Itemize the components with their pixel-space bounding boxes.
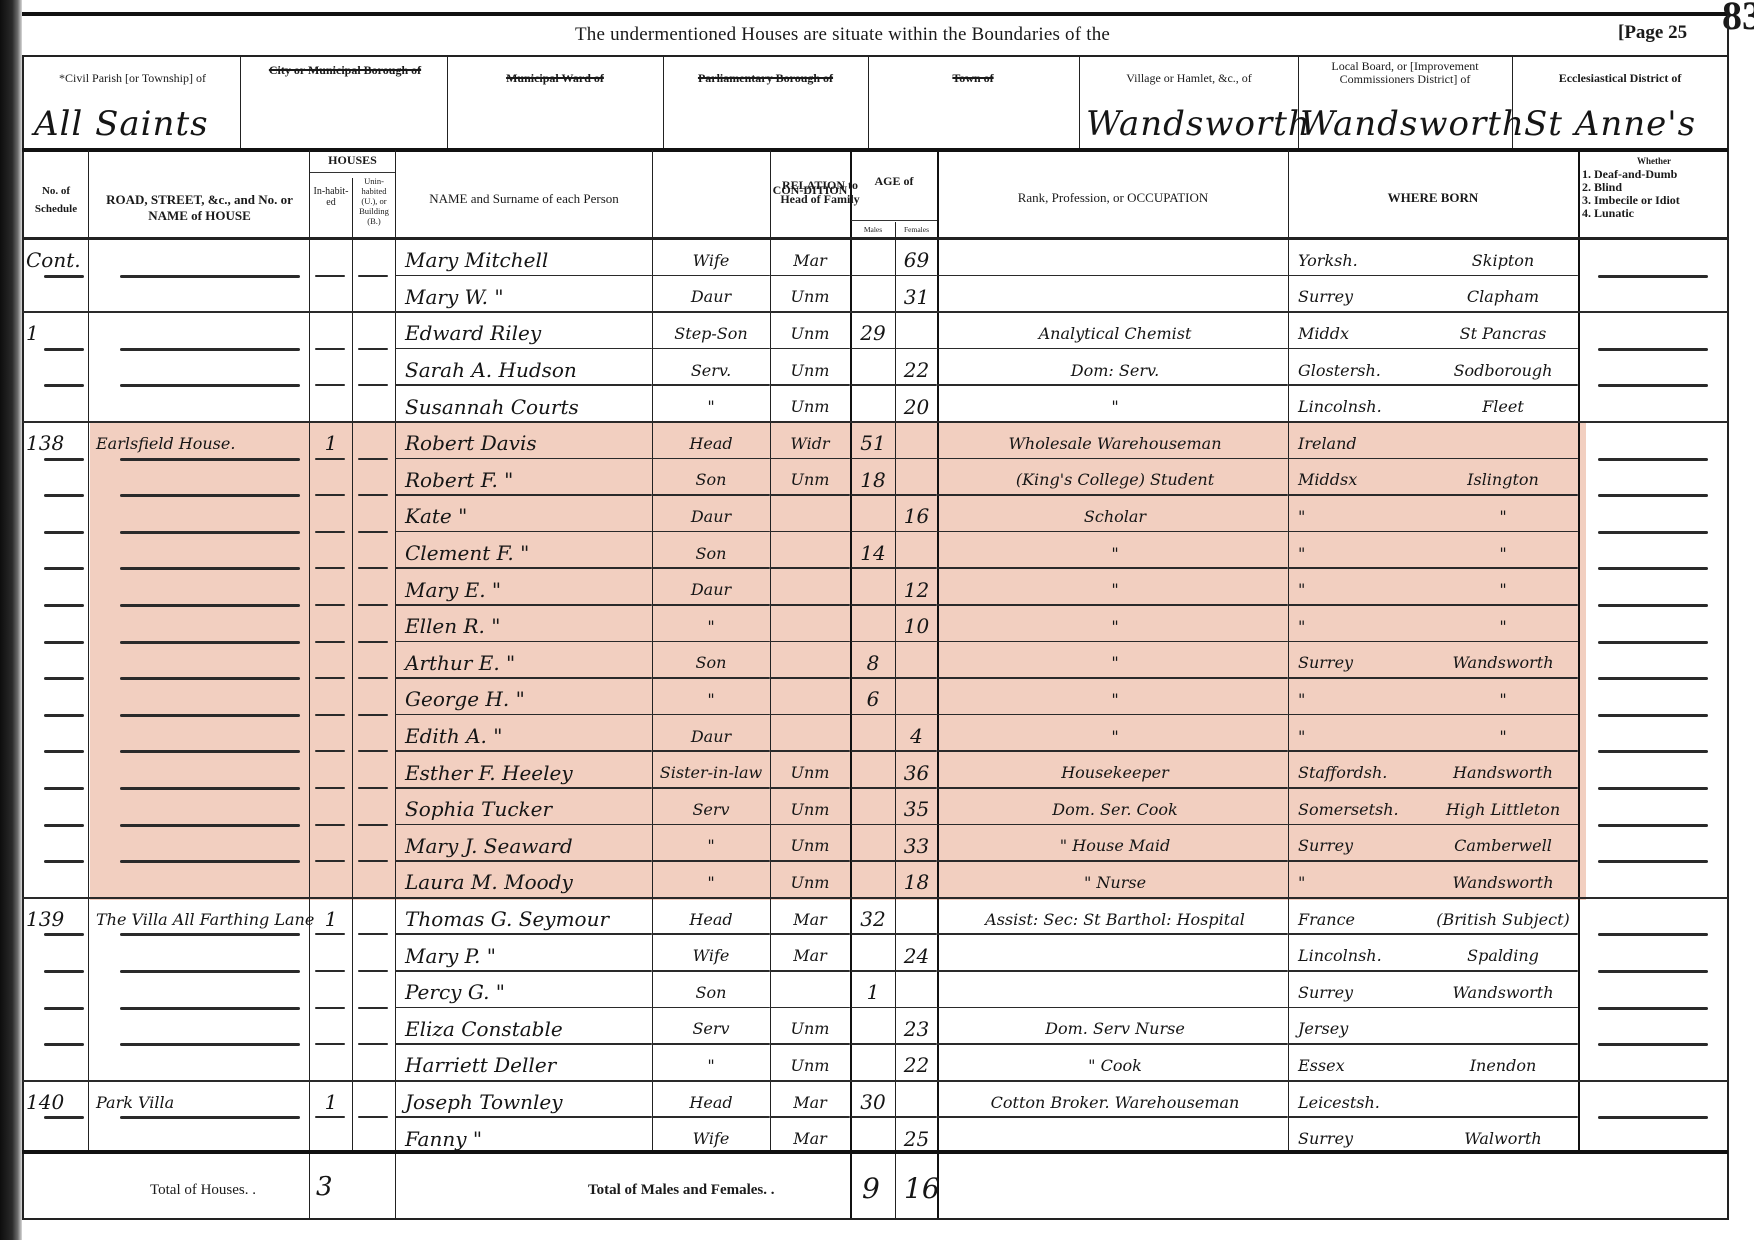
inhabited-count (312, 574, 350, 605)
relation-to-head: Son (652, 648, 770, 679)
total-houses-label: Total of Houses. . (150, 1182, 256, 1199)
house-address (96, 391, 306, 422)
row-rule (358, 824, 388, 826)
district-divider (240, 55, 241, 150)
female-age (896, 428, 937, 459)
heading-rule (22, 55, 1728, 57)
occupation (945, 977, 1285, 1008)
marital-condition: Unm (770, 1050, 850, 1081)
col-header-road: ROAD, STREET, &c., and No. or NAME of HO… (92, 192, 307, 224)
inhabited-count (312, 318, 350, 349)
top-rule (22, 12, 1728, 16)
male-age (851, 574, 895, 605)
schedule-number (26, 501, 86, 532)
house-address (96, 940, 306, 971)
house-address (96, 794, 306, 825)
relation-to-head: Son (652, 465, 770, 496)
schedule-number: 140 (26, 1087, 86, 1118)
person-name: Mary J. Seaward (405, 831, 650, 862)
inhabited-count (312, 1050, 350, 1081)
marital-condition: Mar (770, 940, 850, 971)
row-rule (1598, 494, 1708, 497)
relation-to-head: Son (652, 538, 770, 569)
birth-county: Lincolnsh. (1298, 940, 1428, 971)
male-age: 51 (851, 428, 895, 459)
person-name: Edith A. " (405, 721, 650, 752)
schedule-number: 139 (26, 904, 86, 935)
person-name: Mary Mitchell (405, 245, 650, 276)
male-age (851, 794, 895, 825)
male-age: 8 (851, 648, 895, 679)
birth-county: Ireland (1298, 428, 1428, 459)
marital-condition: Widr (770, 428, 850, 459)
col-header-females: Females (896, 224, 937, 236)
relation-to-head: Serv. (652, 355, 770, 386)
scan-edge (0, 0, 22, 1240)
female-age: 10 (896, 611, 937, 642)
inhabited-count (312, 867, 350, 898)
inhabited-count (312, 501, 350, 532)
male-age: 30 (851, 1087, 895, 1118)
birth-county: Jersey (1298, 1014, 1428, 1045)
male-age (851, 501, 895, 532)
female-age: 24 (896, 940, 937, 971)
houses-subrule (310, 172, 395, 173)
district-ecclesiastical-value: St Anne's (1524, 104, 1696, 144)
occupation: Cotton Broker. Warehouseman (945, 1087, 1285, 1118)
relation-to-head: Daur (652, 501, 770, 532)
col-divider (1578, 150, 1580, 1150)
birth-county: Lincolnsh. (1298, 391, 1428, 422)
col-header-houses: HOUSES (310, 154, 395, 166)
inhabited-count (312, 721, 350, 752)
birth-place: Wandsworth (1430, 977, 1576, 1008)
district-parliamentary-borough-label: Parliamentary Borough of (668, 72, 863, 85)
occupation (945, 282, 1285, 313)
relation-to-head: Daur (652, 721, 770, 752)
house-address (96, 831, 306, 862)
district-divider (1079, 55, 1080, 150)
row-rule (1598, 1116, 1708, 1119)
female-age: 12 (896, 574, 937, 605)
marital-condition: Unm (770, 465, 850, 496)
relation-to-head: Head (652, 1087, 770, 1118)
female-age: 23 (896, 1014, 937, 1045)
marital-condition (770, 574, 850, 605)
schedule-number (26, 648, 86, 679)
birth-county: Middsx (1298, 465, 1428, 496)
house-address (96, 611, 306, 642)
marital-condition (770, 611, 850, 642)
female-age: 16 (896, 501, 937, 532)
row-rule (358, 494, 388, 496)
house-address (96, 757, 306, 788)
inhabited-count (312, 355, 350, 386)
male-age: 1 (851, 977, 895, 1008)
female-age (896, 684, 937, 715)
occupation: " (945, 611, 1285, 642)
occupation: " (945, 684, 1285, 715)
row-rule (358, 787, 388, 789)
male-age (851, 355, 895, 386)
col-header-occupation: Rank, Profession, or OCCUPATION (940, 192, 1286, 204)
marital-condition: Mar (770, 904, 850, 935)
schedule-number: Cont. (26, 245, 86, 276)
relation-to-head: " (652, 391, 770, 422)
house-address (96, 282, 306, 313)
row-rule (1598, 458, 1708, 461)
relation-to-head: Head (652, 904, 770, 935)
female-age: 20 (896, 391, 937, 422)
female-age: 22 (896, 355, 937, 386)
col-header-where-born: WHERE BORN (1290, 192, 1576, 204)
col-divider (88, 150, 89, 1150)
header-bottom-rule (22, 237, 1728, 240)
person-name: Sarah A. Hudson (405, 355, 650, 386)
relation-to-head: " (652, 1050, 770, 1081)
row-rule (1598, 860, 1708, 863)
col-header-infirmity: Whether 1. Deaf-and-Dumb 2. Blind 3. Imb… (1582, 155, 1726, 220)
occupation: " House Maid (945, 831, 1285, 862)
birth-place: Wandsworth (1430, 648, 1576, 679)
schedule-number (26, 977, 86, 1008)
birth-place: Camberwell (1430, 831, 1576, 862)
male-age (851, 1050, 895, 1081)
col-header-inhabited: In-habit-ed (310, 186, 352, 208)
birth-county: " (1298, 501, 1428, 532)
schedule-number (26, 391, 86, 422)
occupation: Wholesale Warehouseman (945, 428, 1285, 459)
male-age: 14 (851, 538, 895, 569)
row-rule (358, 933, 388, 935)
schedule-number: 138 (26, 428, 86, 459)
person-name: Arthur E. " (405, 648, 650, 679)
birth-county: Surrey (1298, 831, 1428, 862)
male-age (851, 940, 895, 971)
row-rule (358, 275, 388, 277)
occupation: Housekeeper (945, 757, 1285, 788)
left-border (22, 55, 24, 1220)
person-name: Sophia Tucker (405, 794, 650, 825)
person-name: Edward Riley (405, 318, 650, 349)
occupation (945, 245, 1285, 276)
col-divider (352, 178, 353, 1150)
row-rule (358, 714, 388, 716)
right-border (1727, 15, 1729, 1220)
row-rule (1598, 641, 1708, 644)
row-rule (358, 1043, 388, 1045)
bottom-border (22, 1218, 1728, 1220)
marital-condition (770, 501, 850, 532)
female-age (896, 904, 937, 935)
male-age: 32 (851, 904, 895, 935)
person-name: Joseph Townley (405, 1087, 650, 1118)
female-age (896, 538, 937, 569)
total-persons-label: Total of Males and Females. . (588, 1182, 775, 1199)
schedule-number (26, 794, 86, 825)
person-name: Robert F. " (405, 465, 650, 496)
relation-to-head: Daur (652, 574, 770, 605)
male-age (851, 245, 895, 276)
row-rule (1598, 384, 1708, 387)
page-label: [Page 25 (1618, 22, 1687, 44)
inhabited-count (312, 1014, 350, 1045)
marital-condition: Unm (770, 282, 850, 313)
male-age (851, 1014, 895, 1045)
male-age: 6 (851, 684, 895, 715)
male-age (851, 831, 895, 862)
male-age: 29 (851, 318, 895, 349)
birth-place: Fleet (1430, 391, 1576, 422)
district-local-board-label: Local Board, or [Improvement Commissione… (1302, 60, 1508, 86)
row-rule (358, 970, 388, 972)
occupation: " (945, 574, 1285, 605)
male-age (851, 867, 895, 898)
row-rule (1598, 824, 1708, 827)
inhabited-count (312, 538, 350, 569)
house-address: The Villa All Farthing Lane (96, 904, 306, 935)
birth-place: Inendon (1430, 1050, 1576, 1081)
birth-place (1430, 1014, 1576, 1045)
row-rule (358, 677, 388, 679)
house-address (96, 538, 306, 569)
schedule-number (26, 721, 86, 752)
person-name: George H. " (405, 684, 650, 715)
district-divider (447, 55, 448, 150)
relation-to-head: " (652, 867, 770, 898)
person-name: Ellen R. " (405, 611, 650, 642)
occupation: (King's College) Student (945, 465, 1285, 496)
total-females-value: 16 (904, 1172, 940, 1205)
birth-county: Staffordsh. (1298, 757, 1428, 788)
birth-county: France (1298, 904, 1428, 935)
house-address (96, 245, 306, 276)
occupation: " (945, 648, 1285, 679)
birth-county: Middx (1298, 318, 1428, 349)
row-rule (358, 641, 388, 643)
col-header-name: NAME and Surname of each Person (398, 190, 650, 207)
schedule-number (26, 1050, 86, 1081)
person-name: Mary W. " (405, 282, 650, 313)
person-name: Susannah Courts (405, 391, 650, 422)
relation-to-head: Wife (652, 245, 770, 276)
inhabited-count: 1 (312, 428, 350, 459)
female-age (896, 977, 937, 1008)
birth-place: " (1430, 611, 1576, 642)
row-rule (1598, 1007, 1708, 1010)
house-address (96, 574, 306, 605)
house-address (96, 1050, 306, 1081)
birth-county: " (1298, 684, 1428, 715)
birth-place: Wandsworth (1430, 867, 1576, 898)
row-rule (358, 860, 388, 862)
relation-to-head: " (652, 611, 770, 642)
inhabited-count: 1 (312, 904, 350, 935)
marital-condition: Unm (770, 867, 850, 898)
schedule-number: 1 (26, 318, 86, 349)
female-age (896, 648, 937, 679)
inhabited-count (312, 794, 350, 825)
row-rule (358, 604, 388, 606)
row-rule (1598, 750, 1708, 753)
row-rule (1598, 604, 1708, 607)
house-address (96, 355, 306, 386)
female-age: 22 (896, 1050, 937, 1081)
birth-county: Essex (1298, 1050, 1428, 1081)
person-name: Clement F. " (405, 538, 650, 569)
person-name: Percy G. " (405, 977, 650, 1008)
house-address (96, 648, 306, 679)
col-divider (1288, 150, 1289, 1150)
inhabited-count (312, 831, 350, 862)
birth-place: High Littleton (1430, 794, 1576, 825)
page-heading: The undermentioned Houses are situate wi… (575, 24, 1110, 46)
district-town-label: Town of (873, 72, 1073, 85)
row-rule (358, 1007, 388, 1009)
person-name: Thomas G. Seymour (405, 904, 650, 935)
inhabited-count (312, 282, 350, 313)
row-rule (1598, 933, 1708, 936)
female-age: 18 (896, 867, 937, 898)
schedule-number (26, 757, 86, 788)
birth-place: Clapham (1430, 282, 1576, 313)
birth-county: " (1298, 867, 1428, 898)
inhabited-count (312, 648, 350, 679)
age-subrule (851, 220, 937, 221)
district-municipal-borough-label: City or Municipal Borough of (255, 64, 435, 77)
birth-place: " (1430, 538, 1576, 569)
birth-place (1430, 1087, 1576, 1118)
birth-place: " (1430, 684, 1576, 715)
birth-place (1430, 428, 1576, 459)
col-header-uninhabited: Unin-habited (U.), or Building (B.) (353, 176, 395, 226)
birth-place: Spalding (1430, 940, 1576, 971)
house-address (96, 318, 306, 349)
birth-county: " (1298, 538, 1428, 569)
occupation: Dom. Serv Nurse (945, 1014, 1285, 1045)
relation-to-head: Serv (652, 1014, 770, 1045)
person-name: Laura M. Moody (405, 867, 650, 898)
birth-county: Leicestsh. (1298, 1087, 1428, 1118)
district-village-label: Village or Hamlet, &c., of (1084, 72, 1294, 85)
schedule-number (26, 684, 86, 715)
schedule-number (26, 465, 86, 496)
occupation: " (945, 391, 1285, 422)
birth-county: " (1298, 611, 1428, 642)
schedule-number (26, 538, 86, 569)
house-address (96, 684, 306, 715)
female-age: 33 (896, 831, 937, 862)
row-rule (1598, 970, 1708, 973)
house-address (96, 501, 306, 532)
occupation: " Nurse (945, 867, 1285, 898)
relation-to-head: Serv (652, 794, 770, 825)
total-males-value: 9 (862, 1172, 880, 1205)
district-ecclesiastical-label: Ecclesiastical District of (1516, 72, 1724, 85)
col-header-schedule: No. of Schedule (24, 182, 88, 218)
col-header-age: AGE of (851, 174, 937, 188)
birth-place: St Pancras (1430, 318, 1576, 349)
row-rule (1598, 531, 1708, 534)
birth-county: " (1298, 574, 1428, 605)
birth-county: Surrey (1298, 977, 1428, 1008)
district-civil-parish-value: All Saints (34, 104, 209, 144)
male-age (851, 282, 895, 313)
row-rule (1598, 275, 1708, 278)
house-address: Earlsfield House. (96, 428, 306, 459)
marital-condition (770, 538, 850, 569)
person-name: Mary E. " (405, 574, 650, 605)
person-name: Eliza Constable (405, 1014, 650, 1045)
occupation: " Cook (945, 1050, 1285, 1081)
row-rule (358, 458, 388, 460)
schedule-number (26, 831, 86, 862)
inhabited-count: 1 (312, 1087, 350, 1118)
marital-condition (770, 721, 850, 752)
inhabited-count (312, 977, 350, 1008)
female-age: 31 (896, 282, 937, 313)
relation-to-head: Wife (652, 940, 770, 971)
person-name: Harriett Deller (405, 1050, 650, 1081)
marital-condition: Unm (770, 318, 850, 349)
schedule-number (26, 574, 86, 605)
marital-condition: Unm (770, 391, 850, 422)
row-rule (1598, 567, 1708, 570)
marital-condition: Unm (770, 794, 850, 825)
birth-place: Handsworth (1430, 757, 1576, 788)
female-age: 36 (896, 757, 937, 788)
district-municipal-ward-label: Municipal Ward of (455, 72, 655, 85)
house-address (96, 465, 306, 496)
marital-condition: Unm (770, 831, 850, 862)
inhabited-count (312, 757, 350, 788)
district-bottom-rule (22, 148, 1728, 152)
inhabited-count (312, 245, 350, 276)
relation-to-head: Sister-in-law (652, 757, 770, 788)
col-header-males: Males (851, 224, 895, 236)
marital-condition: Mar (770, 1087, 850, 1118)
relation-to-head: Daur (652, 282, 770, 313)
row-rule (1598, 714, 1708, 717)
totals-rule (22, 1150, 1728, 1154)
male-age (851, 391, 895, 422)
row-rule (1598, 677, 1708, 680)
inhabited-count (312, 684, 350, 715)
district-divider (868, 55, 869, 150)
relation-to-head: Step-Son (652, 318, 770, 349)
house-address: Park Villa (96, 1087, 306, 1118)
person-name: Kate " (405, 501, 650, 532)
schedule-number (26, 355, 86, 386)
female-age (896, 465, 937, 496)
relation-to-head: Head (652, 428, 770, 459)
marital-condition (770, 684, 850, 715)
occupation: " (945, 538, 1285, 569)
col-header-condition: CON-DITION (770, 180, 850, 200)
occupation (945, 940, 1285, 971)
birth-county: Glostersh. (1298, 355, 1428, 386)
schedule-number (26, 1014, 86, 1045)
schedule-number (26, 282, 86, 313)
marital-condition (770, 648, 850, 679)
birth-place: " (1430, 501, 1576, 532)
occupation: Dom: Serv. (945, 355, 1285, 386)
relation-to-head: " (652, 831, 770, 862)
person-name: Robert Davis (405, 428, 650, 459)
male-age (851, 757, 895, 788)
schedule-number (26, 940, 86, 971)
birth-county: Yorksh. (1298, 245, 1428, 276)
